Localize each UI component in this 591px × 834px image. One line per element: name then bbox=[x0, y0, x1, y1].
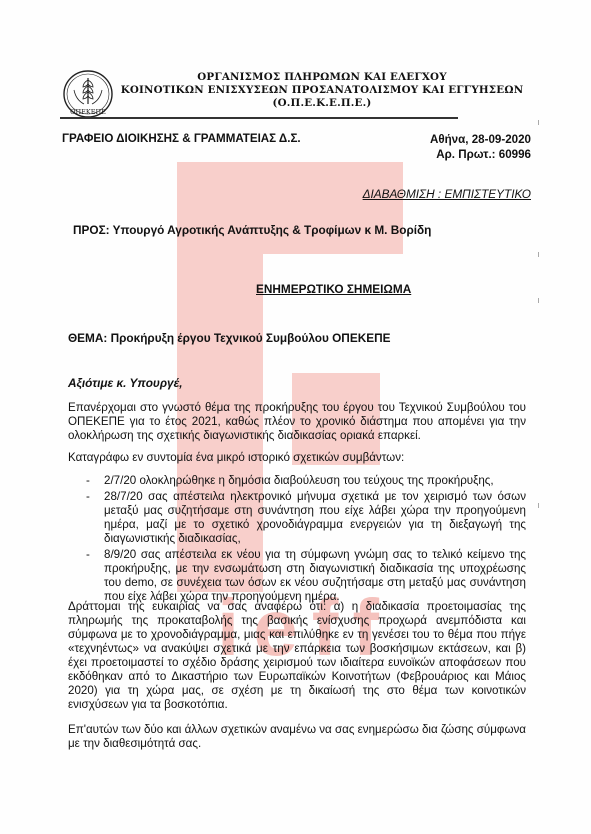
document-page: ieff ΟΠΕΚΕΠΕ ΟΡΓΑΝΙΣΜΟΣ ΠΛΗΡΩΜΩΝ ΚΑΙ ΕΛΕ… bbox=[0, 0, 591, 834]
date-protocol-block: Αθήνα, 28-09-2020 Αρ. Πρωτ.: 60996 bbox=[430, 132, 531, 162]
paragraph-intro: Επανέρχομαι στο γνωστό θέμα της προκήρυξ… bbox=[68, 401, 526, 443]
list-item: - 8/9/20 σας απέστειλα εκ νέου για τη σύ… bbox=[68, 548, 526, 604]
org-line-3: (Ο.Π.Ε.Κ.Ε.Π.Ε.) bbox=[120, 97, 524, 110]
recipient-line: ΠΡΟΣ: Υπουργό Αγροτικής Ανάπτυξης & Τροφ… bbox=[73, 223, 431, 237]
scan-edge-mark bbox=[538, 503, 539, 508]
opekepe-logo-icon: ΟΠΕΚΕΠΕ bbox=[62, 68, 114, 120]
scan-edge-mark bbox=[538, 252, 539, 257]
list-item: - 2/7/20 ολοκληρώθηκε η δημόσια διαβούλε… bbox=[68, 474, 526, 488]
svg-text:ΟΠΕΚΕΠΕ: ΟΠΕΚΕΠΕ bbox=[70, 108, 106, 116]
salutation: Αξιότιμε κ. Υπουργέ, bbox=[68, 376, 183, 390]
list-item-text: 28/7/20 σας απέστειλα ηλεκτρονικό μήνυμα… bbox=[104, 490, 526, 545]
paragraph-closing: Επ'αυτών των δύο και άλλων σχετικών αναμ… bbox=[68, 723, 526, 751]
document-content: ΟΠΕΚΕΠΕ ΟΡΓΑΝΙΣΜΟΣ ΠΛΗΡΩΜΩΝ ΚΑΙ ΕΛΕΓΧΟΥ … bbox=[0, 0, 591, 834]
bullet-dash: - bbox=[86, 474, 90, 488]
bullet-dash: - bbox=[86, 548, 90, 562]
date-line: Αθήνα, 28-09-2020 bbox=[430, 132, 531, 147]
protocol-number: Αρ. Πρωτ.: 60996 bbox=[430, 147, 531, 162]
paragraph-history-lead: Καταγράφω εν συντομία ένα μικρό ιστορικό… bbox=[68, 451, 526, 465]
classification-label: ΔΙΑΒΑΘΜΙΣΗ : ΕΜΠΙΣΤΕΥΤΙΚΟ bbox=[363, 187, 531, 201]
org-line-2: ΚΟΙΝΟΤΙΚΩΝ ΕΝΙΣΧΥΣΕΩΝ ΠΡΟΣΑΝΑΤΟΛΙΣΜΟΥ ΚΑ… bbox=[120, 84, 524, 97]
letterhead-divider bbox=[60, 117, 458, 119]
events-list: - 2/7/20 ολοκληρώθηκε η δημόσια διαβούλε… bbox=[68, 474, 526, 606]
list-item-text: 8/9/20 σας απέστειλα εκ νέου για τη σύμφ… bbox=[104, 548, 526, 603]
paragraph-updates: Δράττομαι της ευκαιρίας να σας αναφέρω ό… bbox=[68, 600, 526, 712]
list-item-text: 2/7/20 ολοκληρώθηκε η δημόσια διαβούλευσ… bbox=[104, 474, 494, 487]
list-item: - 28/7/20 σας απέστειλα ηλεκτρονικό μήνυ… bbox=[68, 490, 526, 546]
memo-title: ΕΝΗΜΕΡΩΤΙΚΟ ΣΗΜΕΙΩΜΑ bbox=[256, 282, 411, 296]
bullet-dash: - bbox=[86, 490, 90, 504]
organization-name: ΟΡΓΑΝΙΣΜΟΣ ΠΛΗΡΩΜΩΝ ΚΑΙ ΕΛΕΓΧΟΥ ΚΟΙΝΟΤΙΚ… bbox=[120, 71, 524, 110]
subject-line: ΘΕΜΑ: Προκήρυξη έργου Τεχνικού Συμβούλου… bbox=[68, 331, 390, 345]
scan-edge-mark bbox=[538, 120, 539, 125]
scan-edge-mark bbox=[538, 298, 539, 303]
office-name: ΓΡΑΦΕΙΟ ΔΙΟΙΚΗΣΗΣ & ΓΡΑΜΜΑΤΕΙΑΣ Δ.Σ. bbox=[62, 132, 301, 145]
org-line-1: ΟΡΓΑΝΙΣΜΟΣ ΠΛΗΡΩΜΩΝ ΚΑΙ ΕΛΕΓΧΟΥ bbox=[120, 71, 524, 84]
